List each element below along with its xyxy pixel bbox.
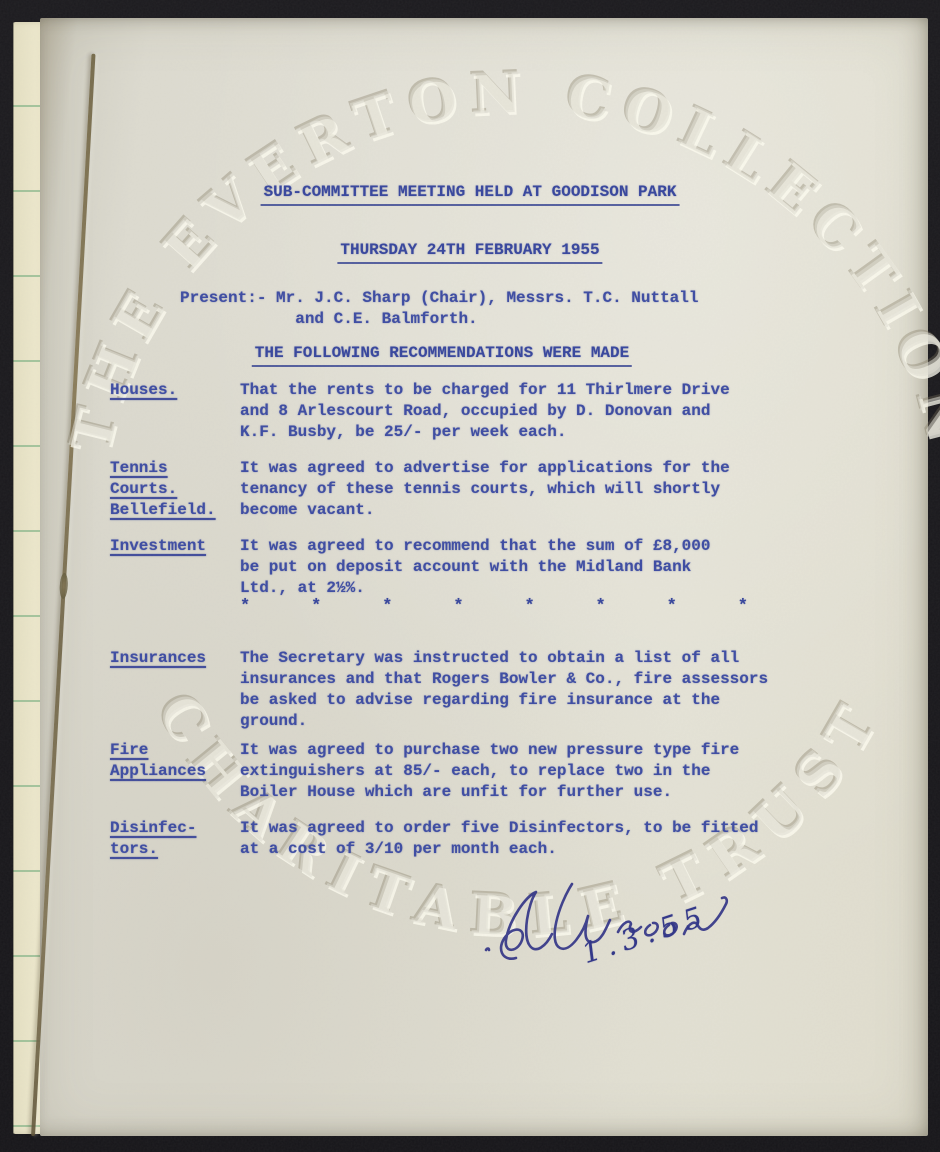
asterisk: * (596, 597, 606, 616)
asterisk-separator: * * * * * * * * (240, 597, 748, 616)
signature-initial (501, 892, 552, 959)
meeting-title: SUB-COMMITTEE MEETING HELD AT GOODISON P… (261, 182, 680, 206)
asterisk: * (240, 597, 250, 616)
signature-dot (486, 949, 489, 951)
asterisk: * (667, 597, 677, 616)
item-body-tennis-courts: It was agreed to advertise for applicati… (240, 458, 730, 521)
item-label-investment: Investment (110, 536, 206, 557)
asterisk: * (524, 597, 534, 616)
asterisk: * (453, 597, 463, 616)
item-label-disinfectors: Disinfec- tors. (110, 818, 196, 860)
asterisk: * (311, 597, 321, 616)
item-label-tennis-courts: Tennis Courts. Bellefield. (110, 458, 216, 521)
item-body-investment: It was agreed to recommend that the sum … (240, 536, 710, 599)
asterisk: * (738, 597, 748, 616)
item-body-fire-appliances: It was agreed to purchase two new pressu… (240, 740, 739, 803)
item-label-fire-appliances: Fire Appliances (110, 740, 206, 782)
scan-photo-frame: THE EVERTON COLLECTION CHARITABLE TRUST … (0, 0, 940, 1152)
meeting-date-heading: THURSDAY 24TH FEBRUARY 1955 (337, 240, 602, 264)
item-label-insurances: Insurances (110, 648, 206, 669)
item-body-insurances: The Secretary was instructed to obtain a… (240, 648, 768, 732)
recommendations-heading: THE FOLLOWING RECOMMENDATIONS WERE MADE (252, 343, 632, 367)
signature-date: 1.3.55 (578, 898, 713, 970)
item-label-houses: Houses. (110, 380, 177, 401)
item-body-houses: That the rents to be charged for 11 Thir… (240, 380, 730, 443)
asterisk: * (382, 597, 392, 616)
attendees-line: Present:- Mr. J.C. Sharp (Chair), Messrs… (180, 288, 698, 330)
document-content: SUB-COMMITTEE MEETING HELD AT GOODISON P… (0, 0, 940, 1152)
item-body-disinfectors: It was agreed to order five Disinfectors… (240, 818, 758, 860)
